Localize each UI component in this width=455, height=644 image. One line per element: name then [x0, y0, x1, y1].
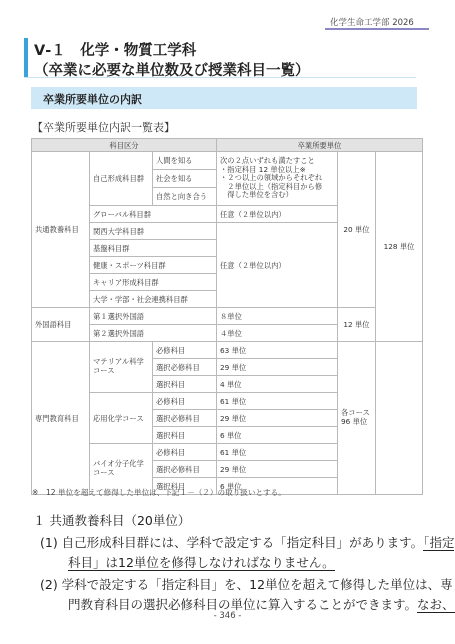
- self-group-requirement: 次の２点いずれも満たすこと ・指定科目 12 単位以上※ ・２つ以上の領域からそ…: [217, 152, 338, 206]
- common-units: 20 単位: [338, 152, 376, 308]
- table-row: 外国語科目 第１選択外国語 ８単位 12 単位: [32, 308, 423, 325]
- total-blank: [376, 342, 423, 495]
- common-category: 共通教養科目: [32, 152, 90, 308]
- paragraph-1-line-1: (1) 自己形成科目群には、学科で設定する「指定科目」があります。「指定: [40, 533, 454, 551]
- subject-units: 61 単位: [217, 393, 338, 410]
- major-units: 各コース 96 単位: [338, 342, 376, 495]
- graduation-units-table: 科目区分 卒業所要単位 共通教養科目 自己形成科目群 人間を知る 次の２点いずれ…: [31, 138, 423, 495]
- subject-type: 選択科目: [153, 376, 217, 393]
- header-required-units: 卒業所要単位: [217, 139, 423, 152]
- subject-type: 必修科目: [153, 393, 217, 410]
- department-header: 化学生命工学部 2026: [330, 16, 414, 28]
- section-heading: 卒業所要単位の内訳: [43, 91, 142, 107]
- subject-units: 63 単位: [217, 342, 338, 359]
- group-label: 健康・スポーツ科目群: [90, 257, 217, 274]
- subject-units: 29 単位: [217, 359, 338, 376]
- paragraph-1-line-2: 科目」は12単位を修得しなければなりません。: [68, 553, 335, 571]
- table-caption: 【卒業所要単位内訳一覧表】: [32, 119, 175, 135]
- paragraph-2-line-1: (2) 学科で設定する「指定科目」を、12単位を超えて修得した単位は、専: [40, 575, 453, 593]
- paragraph-2-text: 門教育科目の選択必修科目の単位に算入することができます。: [68, 597, 417, 612]
- subject-type: 必修科目: [153, 444, 217, 461]
- title-accent-bar: [24, 38, 28, 78]
- subject-type: 選択必修科目: [153, 359, 217, 376]
- foreign-row-label: 第２選択外国語: [90, 325, 217, 342]
- subject-type: 必修科目: [153, 342, 217, 359]
- group-label: 大学・学部・社会連携科目群: [90, 291, 217, 308]
- subject-units: 29 単位: [217, 461, 338, 478]
- page-title-line2: （卒業に必要な単位数及び授業科目一覧）: [34, 59, 310, 80]
- table-header-row: 科目区分 卒業所要単位: [32, 139, 423, 152]
- subject-type: 選択必修科目: [153, 461, 217, 478]
- course-label: 応用化学コース: [90, 393, 153, 444]
- area-cell: 自然と向き合う: [153, 188, 217, 206]
- subject-type: 選択必修科目: [153, 410, 217, 427]
- global-group-label: グローバル科目群: [90, 206, 217, 223]
- group-label: 関西大学科目群: [90, 223, 217, 240]
- major-category: 専門教育科目: [32, 342, 90, 495]
- foreign-row-units: ８単位: [217, 308, 338, 325]
- section-heading-band: 卒業所要単位の内訳: [31, 87, 417, 109]
- self-group-label: 自己形成科目群: [90, 152, 153, 206]
- total-units: 128 単位: [376, 152, 423, 342]
- page-title-line1: Ⅴ-１ 化学・物質工学科: [34, 39, 196, 60]
- header-category: 科目区分: [32, 139, 217, 152]
- section-1-heading: １ 共通教養科目（20単位）: [33, 511, 190, 529]
- subject-units: 61 単位: [217, 444, 338, 461]
- subject-units: 4 単位: [217, 376, 338, 393]
- foreign-row-label: 第１選択外国語: [90, 308, 217, 325]
- subject-type: 選択科目: [153, 427, 217, 444]
- group-label: キャリア形成科目群: [90, 274, 217, 291]
- foreign-row-units: ４単位: [217, 325, 338, 342]
- page-number: - 346 -: [0, 611, 455, 621]
- area-cell: 人間を知る: [153, 152, 217, 170]
- foreign-category: 外国語科目: [32, 308, 90, 342]
- header-rule: [325, 28, 429, 30]
- paragraph-1-underlined: 「指定: [423, 535, 454, 551]
- area-cell: 社会を知る: [153, 170, 217, 188]
- table-row: 専門教育科目 マテリアル科学 コース 必修科目 63 単位 各コース 96 単位: [32, 342, 423, 359]
- paragraph-1-text: (1) 自己形成科目群には、学科で設定する「指定科目」があります。: [40, 535, 423, 550]
- global-group-requirement: 任意（２単位以内）: [217, 206, 338, 223]
- table-footnote: ※ 12 単位を超えて修得した単位は、下記１－（２）の取り扱いとする。: [32, 487, 286, 498]
- subject-units: 29 単位: [217, 410, 338, 427]
- paragraph-1-underlined-cont: 科目」は12単位を修得しなければなりません。: [68, 555, 335, 571]
- table-row: 共通教養科目 自己形成科目群 人間を知る 次の２点いずれも満たすこと ・指定科目…: [32, 152, 423, 170]
- other-groups-requirement: 任意（２単位以内）: [217, 223, 338, 308]
- foreign-units: 12 単位: [338, 308, 376, 342]
- group-label: 基盤科目群: [90, 240, 217, 257]
- subject-units: 6 単位: [217, 427, 338, 444]
- course-label: マテリアル科学 コース: [90, 342, 153, 393]
